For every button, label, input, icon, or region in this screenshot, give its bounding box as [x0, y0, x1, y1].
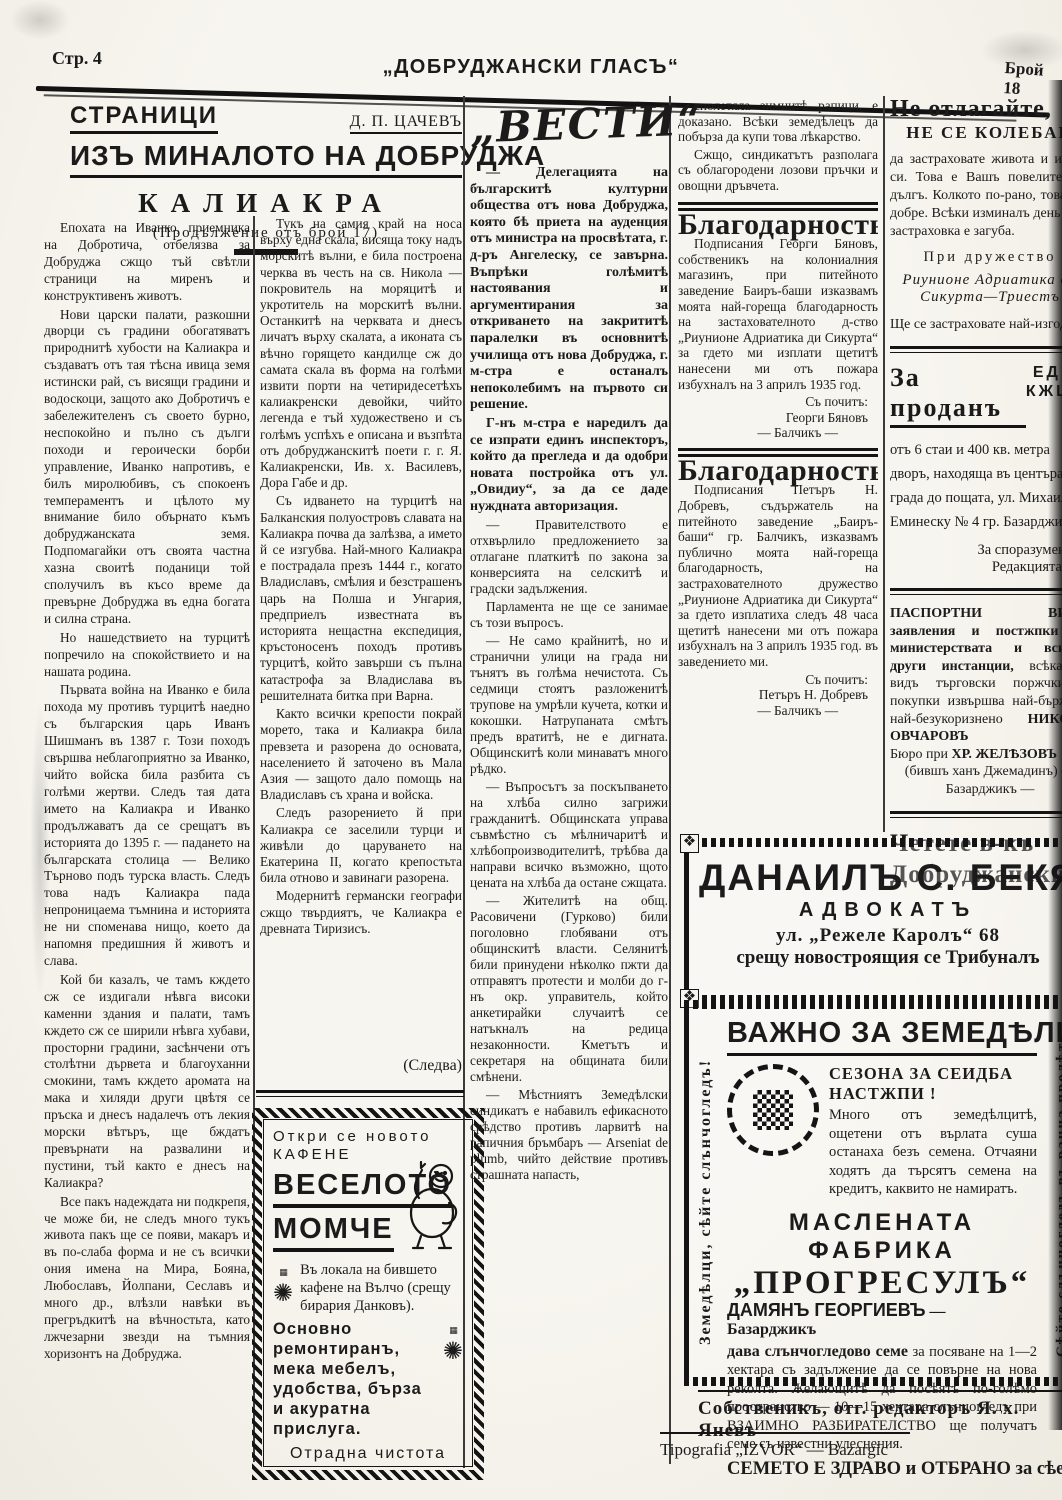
thanks-signature: Съ почитъ:	[678, 672, 878, 688]
section-divider-rule	[256, 1090, 464, 1097]
rosette-ornament: ▦ ✺	[273, 1261, 293, 1315]
insurance-ad-title: Не отлагайте,	[890, 96, 1062, 123]
paragraph: Модернитѣ германски географи сжщо твърди…	[260, 888, 462, 937]
kafene-name-line2: МОМЧЕ	[273, 1213, 394, 1252]
paragraph: Нови царски палати, разкошни дворци съ г…	[44, 307, 250, 628]
box-divider-rule	[890, 588, 1062, 595]
thanks-signature: Съ почитъ:	[678, 394, 878, 410]
footer-printer-block: Tipografia „IZVOR“ — Bazargic	[660, 1432, 910, 1460]
insurance-ad-at-line: При дружество	[890, 249, 1062, 266]
house-sale-ad: За проданъ ЕДНАКЖЩА отъ 6 стаи и 400 кв.…	[890, 363, 1062, 576]
thanks-signature: Петъръ Н. Добревъ	[678, 687, 878, 703]
vesti-item: — Жителитѣ на общ. Расовичени (Гурково) …	[470, 893, 668, 1085]
scan-smudge	[10, 0, 70, 40]
insurance-ad: Не отлагайте, НЕ СЕ КОЛЕБАЙ да застрахов…	[890, 96, 1062, 334]
page-number-label: Стр. 4	[52, 48, 102, 69]
article-byline: Д. П. ЦАЧЕВЪ	[350, 113, 462, 134]
sale-ad-body: отъ 6 стаи и 400 кв. метра дворъ, находя…	[890, 438, 1062, 534]
thanks-body: Подписания Петъръ Н. Добревъ, съдържател…	[678, 482, 878, 669]
vesti-item: Парламента не ще се занимае съ този въпр…	[470, 599, 668, 631]
vesti-column: „ВЕСТИ“ — Делегацията на българскитѣ кул…	[470, 100, 668, 1455]
article-column-1: Епохата на Иванко, приемника на Добротич…	[44, 220, 250, 1470]
sale-ad-title: За проданъ	[890, 363, 1026, 428]
vesti-item: — Не само крайнитѣ, но и странични улици…	[470, 633, 668, 777]
paragraph: Кой би казалъ, че тамъ кждето сж се изди…	[44, 972, 250, 1192]
sale-ad-contact: За споразумение	[890, 542, 1062, 559]
paragraph: Тукъ на самия край на носа върху една ск…	[260, 216, 462, 491]
vesti-item: Г-нъ м-стра е наредилъ да се изпрати еди…	[470, 416, 668, 516]
zemedelci-ad-subtitle: СЕЗОНА ЗА СЕИДБА НАСТЖПИ !	[829, 1064, 1037, 1104]
factory-owner-name: ДАМЯНЪ ГЕОРГИЕВЪ	[727, 1300, 926, 1320]
thanks-signature: Георги Бяновъ	[678, 410, 878, 426]
paragraph: Все пакъ надеждата ни подкрепя, че може …	[44, 1194, 250, 1363]
vesti-section-title: „ВЕСТИ“	[469, 97, 669, 153]
bekyarov-lawyer-ad: ❖ ❖ ДАНАИЛЪ С. БЕКЯРОВЪ АДВОКАТЪ ул. „Ре…	[684, 838, 1062, 1004]
zemedelci-seed-ad: Земедѣлци, сѣйте слънчогледъ! Сѣйте слън…	[684, 1000, 1062, 1386]
thanks-signature: — Балчикъ —	[678, 703, 848, 719]
passport-visa-ad: ПАСПОРТНИ ВИЗИ, заявления и постжпки въ …	[890, 605, 1062, 799]
paragraph: Сжщо, синдикатътъ разполага съ облагород…	[678, 147, 878, 194]
article-kicker: СТРАНИЦИ	[70, 102, 218, 134]
offer-lead: дава слънчогледово семе	[727, 1343, 908, 1360]
newspaper-page: Стр. 4 „ДОБРУДЖАНСКИ ГЛАСЪ“ Брой 18 СТРА…	[0, 0, 1062, 1500]
article-continuation-note: (Следва)	[260, 1058, 472, 1075]
paragraph: Както всички крепости покрай морето, так…	[260, 706, 462, 803]
scan-smudge	[980, 30, 1062, 70]
sale-ad-contact: Редакцията	[890, 559, 1062, 576]
zemedelci-ad-title: ВАЖНО ЗА ЗЕМЕДѢЛЦИ!	[727, 1017, 1037, 1056]
insurance-ad-subtitle: НЕ СЕ КОЛЕБАЙ	[890, 123, 1062, 143]
zemedelci-ad-paragraph: Много отъ земедѣлцитѣ, ощетени отъ върла…	[829, 1106, 1037, 1199]
kafene-body-text: Въ локала на бившето кафене на Вълчо (ср…	[300, 1261, 463, 1315]
insurance-ad-body: да застраховате живота и имота си. Това …	[890, 151, 1062, 241]
thanks-title: Благодарность	[678, 217, 878, 233]
seed-emblem-icon	[727, 1064, 819, 1156]
lawyer-address-line2: срещу новостроящия се Трибуналъ	[699, 947, 1062, 969]
seed-quality-motto: СЕМЕТО Е ЗДРАВО и ОТБРАНО за сѣене	[727, 1459, 1037, 1480]
paragraph: Следъ разорението й при Калиакра се засе…	[260, 805, 462, 886]
paragraph: Епохата на Иванко, приемника на Добротич…	[44, 220, 250, 305]
rosette-ornament: ▦ ✺	[443, 1319, 463, 1439]
vesti-item: — Делегацията на българскитѣ културни об…	[470, 165, 668, 414]
factory-brand-name: „ПРОГРЕСУЛЪ“	[727, 1265, 1037, 1302]
scan-edge-shadow	[1048, 80, 1062, 1430]
kafene-features-text: Основно ремонтиранъ, мека мебелъ, удобст…	[273, 1319, 436, 1439]
lawyer-role: АДВОКАТЪ	[699, 899, 1062, 922]
vesti-item: — Правителството е отхвърлило предложени…	[470, 517, 668, 597]
article-column-2: Тукъ на самия край на носа върху една ск…	[260, 216, 462, 1068]
masthead-title: „ДОБРУДЖАНСКИ ГЛАСЪ“	[331, 56, 731, 79]
factory-line: МАСЛЕНАТА ФАБРИКА	[727, 1209, 1037, 1265]
insurance-company-name: Риунионе Адриатика ди Сикурта—Триестъ	[890, 272, 1062, 306]
column-rule-4	[883, 96, 885, 832]
left-vertical-slogan: Земедѣлци, сѣйте слънчогледъ!	[697, 1035, 715, 1345]
passport-ad-tail: (бившъ ханъ Джемадинъ) — Базарджикъ —	[890, 763, 1062, 798]
insurance-ad-tail: Ще се застраховате най-изгодно.	[890, 316, 1062, 334]
scan-smudge	[30, 700, 50, 1000]
lawyer-address-line1: ул. „Режеле Каролъ“ 68	[699, 925, 1062, 947]
paragraph: Но нашедствието на турцитѣ попречило на …	[44, 630, 250, 681]
paragraph: сполетяла зимнитѣ рапици, е доказано. Вс…	[678, 98, 878, 145]
vesti-item: — Въпросътъ за поскъпването на хлѣба сил…	[470, 779, 668, 891]
column-4: сполетяла зимнитѣ рапици, е доказано. Вс…	[678, 98, 878, 832]
corner-ornament-icon: ❖	[680, 834, 699, 853]
kafene-veseloto-momche-ad: Откри се новотоКАФЕНЕ ВЕСЕЛОТО МОМЧЕ	[252, 1108, 484, 1480]
lawyer-name: ДАНАИЛЪ С. БЕКЯРОВЪ	[699, 857, 1062, 899]
passport-bureau-pre: Бюро при	[890, 747, 951, 762]
column-5: Не отлагайте, НЕ СЕ КОЛЕБАЙ да застрахов…	[890, 96, 1062, 890]
vesti-item: — Мѣстниятъ Земедѣлски синдикатъ е набав…	[470, 1087, 668, 1183]
thanks-title: Благодарность	[678, 463, 878, 479]
paragraph: Първата война на Иванко е била похода му…	[44, 682, 250, 969]
thanks-signature: — Балчикъ —	[678, 425, 848, 441]
paragraph: Съ идването на турцитѣ на Балканския пол…	[260, 493, 462, 704]
kafene-motto: Отрадна чистота	[273, 1445, 463, 1463]
column-rule-3	[669, 96, 671, 1464]
thanks-body: Подписания Георги Бяновъ, собственикъ на…	[678, 236, 878, 392]
jolly-man-illustration	[399, 1158, 465, 1254]
article-series-title: ИЗЪ МИНАЛОТО НА ДОБРУДЖА	[70, 140, 462, 178]
article-headline: КАЛИАКРА	[70, 188, 462, 219]
box-divider-rule	[890, 346, 1062, 353]
box-divider-rule	[890, 811, 1062, 818]
printer-line: Tipografia „IZVOR“ — Bazargic	[660, 1440, 910, 1460]
passport-bureau-name: ХР. ЖЕЛѢЗОВЪ	[951, 747, 1057, 762]
